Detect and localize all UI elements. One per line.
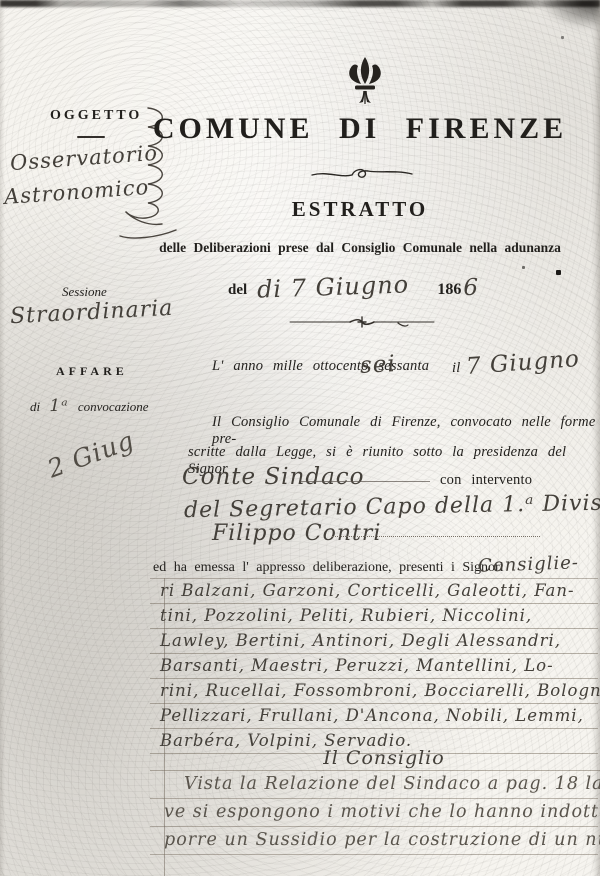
- ink-speck: [522, 266, 525, 269]
- il-consiglio-heading: Il Consiglio: [150, 746, 600, 771]
- paragraph-line1: Il Consiglio Comunale di Firenze, convoc…: [212, 414, 600, 448]
- names-line: ri Balzani, Garzoni, Corticelli, Galeott…: [150, 579, 598, 604]
- anno-handwritten: sei: [359, 351, 396, 379]
- dotted-fill-line: [332, 536, 540, 537]
- scanned-document-page: OGGETTO Osservatorio Astronomico Session…: [0, 0, 600, 876]
- convocazione-di: di: [30, 399, 40, 414]
- convocazione-number-handwritten: 1ᵃ: [49, 396, 68, 416]
- names-line: rini, Rucellai, Fossombroni, Bocciarelli…: [150, 679, 598, 704]
- scan-top-edge-smudge: [0, 0, 600, 7]
- affare-label: AFFARE: [56, 364, 128, 379]
- names-line: Lawley, Bertini, Antinori, Degli Alessan…: [150, 629, 598, 654]
- estratto-heading: ESTRATTO: [150, 197, 570, 222]
- swash-divider-icon: [310, 166, 414, 182]
- resolution-line: porre un Sussidio per la costruzione di …: [150, 827, 598, 855]
- date-handwritten: di 7 Giugno: [257, 269, 410, 304]
- cross-divider-icon: [288, 315, 436, 329]
- convocazione-line: di 1ᵃ convocazione: [30, 396, 149, 416]
- year-handwritten: 6: [463, 274, 479, 302]
- sessione-value: Straordinaria: [9, 296, 173, 330]
- presenti-printed: ed ha emessa l' appresso deliberazione, …: [153, 560, 504, 576]
- names-line: Barsanti, Maestri, Peruzzi, Mantellini, …: [150, 654, 598, 679]
- names-line: tini, Pozzolini, Peliti, Rubieri, Niccol…: [150, 604, 598, 629]
- data-handwritten: 7 Giugno: [465, 346, 580, 380]
- fleur-de-lis-icon: [345, 56, 385, 108]
- ink-speck: [556, 270, 561, 275]
- con-intervento-printed: con intervento: [440, 472, 532, 489]
- sessione-label: Sessione: [62, 284, 107, 300]
- scan-left-edge-band: [0, 0, 5, 876]
- document-title: COMUNE DI FIRENZE: [150, 112, 570, 146]
- convocazione-word: convocazione: [78, 399, 149, 414]
- anno-printed: L' anno mille ottocento sessanta: [212, 358, 429, 375]
- il-printed: il: [452, 360, 460, 377]
- date-line: del di 7 Giugno 186 6: [228, 268, 479, 302]
- date-del-printed: del: [228, 278, 247, 302]
- year-printed: 186: [437, 278, 461, 302]
- names-line: Pellizzari, Frullani, D'Ancona, Nobili, …: [150, 704, 598, 729]
- resolution-line: Vista la Relazione del Sindaco a pag. 18…: [150, 771, 598, 799]
- presenti-handwritten: Consiglie-: [478, 552, 580, 577]
- fill-line: [300, 481, 430, 482]
- oggetto-underline: [77, 136, 105, 138]
- deliberazioni-line: delle Deliberazioni prese dal Consiglio …: [150, 240, 570, 256]
- ink-speck: [561, 36, 564, 39]
- resolution-block: Vista la Relazione del Sindaco a pag. 18…: [150, 771, 598, 855]
- councillor-names-block: ri Balzani, Garzoni, Corticelli, Galeott…: [150, 578, 598, 754]
- resolution-line: ve si espongono i motivi che lo hanno in…: [150, 799, 598, 827]
- margin-note-scribble: 2 Giug: [44, 425, 138, 483]
- segretario-nome-handwritten: Filippo Contri: [212, 521, 381, 546]
- presidente-handwritten: Conte Sindaco: [182, 464, 365, 490]
- segretario-handwritten: del Segretario Capo della 1.ᵃ Divisione: [184, 490, 600, 523]
